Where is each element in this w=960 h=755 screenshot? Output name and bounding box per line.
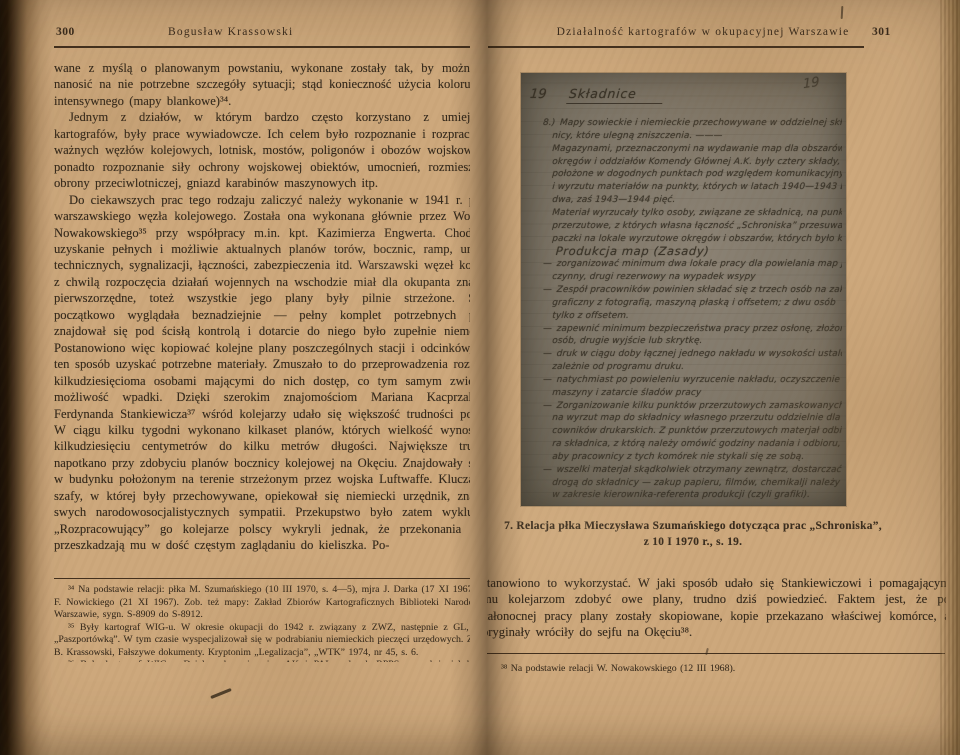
handwritten-line: Magazynami, przeznaczonymi na wydawanie … (543, 143, 842, 156)
right-body-text: stanowiono to wykorzystać. W jaki sposób… (487, 575, 946, 641)
handwritten-line: cowników drukarskich. Z punktów przerzut… (543, 425, 842, 438)
paragraph: Do ciekawszych prac tego rodzaju zaliczy… (54, 192, 470, 554)
note-corner-mark: 19 (803, 75, 820, 93)
stray-tick-mark (841, 6, 844, 19)
handwritten-line: ra składnica, z którą należy omówić godz… (543, 438, 842, 451)
handwritten-line: okręgów i oddziałów Komendy Głównej A.K.… (543, 156, 842, 169)
right-footnote-rule (487, 653, 945, 654)
footnote: ³⁶ Były kartograf WIG-u. Działacz konspi… (54, 659, 470, 662)
right-running-title: Działalność kartografów w okupacyjnej Wa… (553, 26, 853, 38)
right-page-number: 301 (872, 26, 891, 38)
left-running-title: Bogusław Krassowski (168, 26, 293, 38)
footnote: ³⁸ Na podstawie relacji W. Nowakowskiego… (487, 663, 917, 676)
handwritten-line: tylko z offsetem. (543, 310, 842, 323)
right-footnotes: ³⁸ Na podstawie relacji W. Nowakowskiego… (487, 663, 917, 676)
book-gutter-shadow (450, 0, 524, 755)
left-body-clip: wane z myślą o planowanym powstaniu, wyk… (54, 60, 470, 577)
handwritten-line: czynny, drugi rezerwowy na wypadek wsypy (543, 271, 842, 284)
left-footnotes-clip: ³⁴ Na podstawie relacji: płka M. Szumańs… (54, 584, 470, 662)
footnote: ³⁵ Były kartograf WIG-u. W okresie okupa… (54, 622, 470, 660)
handwritten-line: zależnie od programu druku. (543, 361, 842, 374)
note-margin-number: 19 (529, 87, 547, 102)
handwritten-line: osób, drugie wyjście lub skrytkę. (543, 335, 842, 348)
handwritten-line: — Zorganizowanie kilku punktów przerzuto… (543, 400, 842, 413)
footnote: ³⁴ Na podstawie relacji: płka M. Szumańs… (54, 584, 470, 622)
handwritten-line: Produkcja map (Zasady) (543, 245, 842, 258)
handwritten-line: 8.) Mapy sowieckie i niemieckie przechow… (543, 117, 842, 130)
right-header-rule (488, 46, 864, 48)
paragraph: Jednym z działów, w którym bardzo często… (54, 109, 470, 191)
handwritten-line: — wszelki materjał skądkolwiek otrzymany… (543, 464, 842, 477)
note-heading: Składnice (566, 86, 663, 104)
handwritten-line: przerzutowe, z których własna łączność „… (543, 220, 842, 233)
page-edges-right (940, 0, 960, 755)
handwritten-line: Materiał wyrzucały tylko osoby, związane… (543, 207, 842, 220)
left-page-number: 300 (56, 26, 75, 38)
handwritten-line: — zapewnić minimum bezpieczeństwa pracy … (543, 323, 842, 336)
note-lines: 8.) Mapy sowieckie i niemieckie przechow… (543, 117, 842, 502)
figure-caption: 7. Relacja płka Mieczysława Szumańskiego… (498, 518, 888, 550)
paragraph: wane z myślą o planowanym powstaniu, wyk… (54, 60, 470, 109)
handwritten-line: maszyny i zatarcie śladów pracy (543, 387, 842, 400)
handwritten-line: i wyrzutu materiałów na punkty, których … (543, 181, 842, 194)
figure-caption-line1: 7. Relacja płka Mieczysława Szumańskiego… (498, 518, 888, 534)
handwritten-line: — Zespół pracowników powinien składać si… (543, 284, 842, 297)
handwritten-line: dwa, zaś 1943—1944 pięć. (543, 194, 842, 207)
handwritten-line: położone w dogodnych punktach pod względ… (543, 168, 842, 181)
left-header-rule (54, 46, 470, 48)
left-footnotes: ³⁴ Na podstawie relacji: płka M. Szumańs… (54, 584, 470, 662)
paragraph: stanowiono to wykorzystać. W jaki sposób… (487, 575, 946, 641)
right-body-clip: stanowiono to wykorzystać. W jaki sposób… (487, 575, 946, 659)
scan-left-edge (0, 0, 52, 755)
handwritten-line: na wyrzut map do składnicy własnego prze… (543, 412, 842, 425)
handwritten-note-photo: 19 Składnice 19 8.) Mapy sowieckie i nie… (521, 73, 846, 506)
handwritten-line: — druk w ciągu doby łącznej jednego nakł… (543, 348, 842, 361)
figure-caption-line2: z 10 I 1970 r., s. 19. (498, 534, 888, 550)
handwritten-line: aby pracownicy z tych komórek nie stykal… (543, 451, 842, 464)
left-footnote-rule (54, 578, 470, 579)
handwritten-line: drogą do składnicy — zakup papieru, film… (543, 477, 842, 490)
stray-pen-mark (210, 688, 232, 699)
handwritten-line: — natychmiast po powieleniu wyrzucenie n… (543, 374, 842, 387)
handwritten-line: nicy, które ulegną zniszczenia. ——— (543, 130, 842, 143)
handwritten-line: w zakresie kierownika-referenta produkcj… (543, 489, 842, 502)
handwritten-line: graficzny z fotografią, maszyną płaską i… (543, 297, 842, 310)
left-body-text: wane z myślą o planowanym powstaniu, wyk… (54, 60, 470, 554)
book-spread-scan: 300 Bogusław Krassowski wane z myślą o p… (0, 0, 960, 755)
handwritten-line: — zorganizować minimum dwa lokale pracy … (543, 258, 842, 271)
